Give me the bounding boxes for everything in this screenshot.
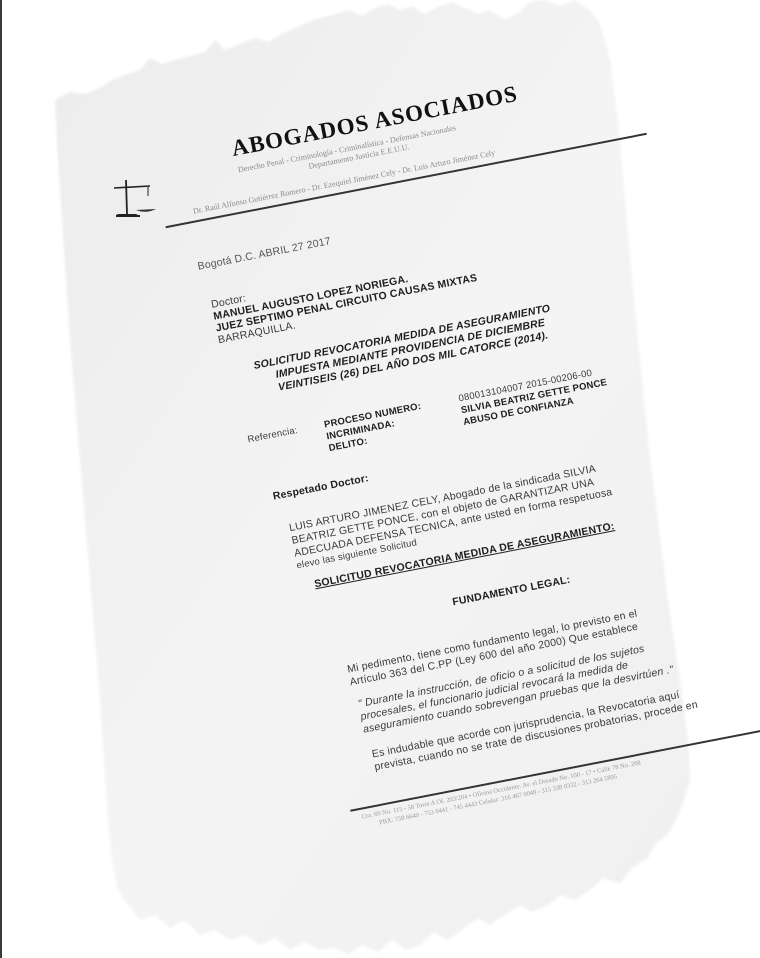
scales-of-justice-icon	[112, 178, 160, 222]
torn-paper-sheet: ABOGADOS ASOCIADOS Derecho Penal - Crimi…	[0, 0, 760, 958]
